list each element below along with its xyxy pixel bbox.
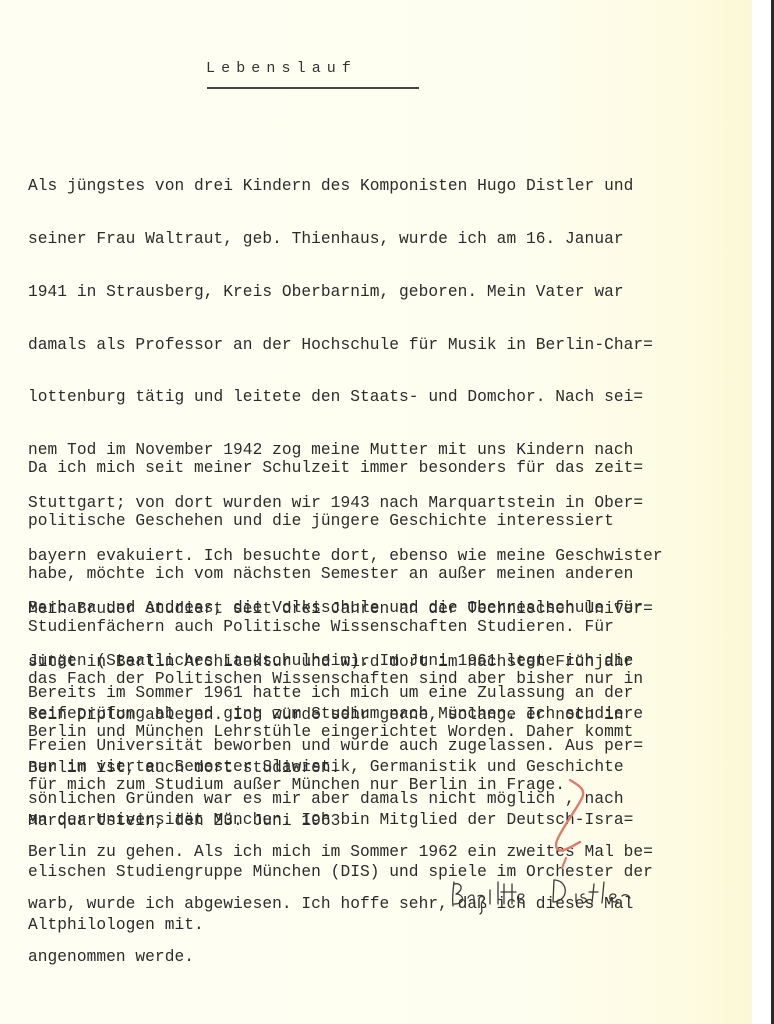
text-line: lottenburg tätig und leitete den Staats-… (28, 389, 663, 407)
text-line: Bereits im Sommer 1961 hatte ich mich um… (28, 685, 653, 703)
text-line: seiner Frau Waltraut, geb. Thienhaus, wu… (28, 231, 663, 249)
text-line: politische Geschehen und die jüngere Ges… (28, 513, 643, 531)
text-line: 1941 in Strausberg, Kreis Oberbarnim, ge… (28, 284, 663, 302)
text-line: Mein Bruder studiert seit drei Jahren an… (28, 601, 653, 619)
paper-sheet: Lebenslauf Als jüngstes von drei Kindern… (0, 0, 752, 1024)
title-underline (207, 87, 419, 89)
red-pencil-mark-icon (540, 772, 600, 877)
text-line: Da ich mich seit meiner Schulzeit immer … (28, 460, 643, 478)
scanned-page: Lebenslauf Als jüngstes von drei Kindern… (0, 0, 774, 1024)
document-title: Lebenslauf (206, 60, 357, 77)
handwritten-signature (450, 872, 650, 921)
text-line: Freien Universität beworben und wurde au… (28, 738, 653, 756)
text-line: Als jüngstes von drei Kindern des Kompon… (28, 178, 663, 196)
text-line: damals als Professor an der Hochschule f… (28, 337, 663, 355)
text-line: angenommen werde. (28, 949, 653, 967)
place-date-line: Marquartstein, den 23. Juni 1963 (28, 813, 340, 831)
